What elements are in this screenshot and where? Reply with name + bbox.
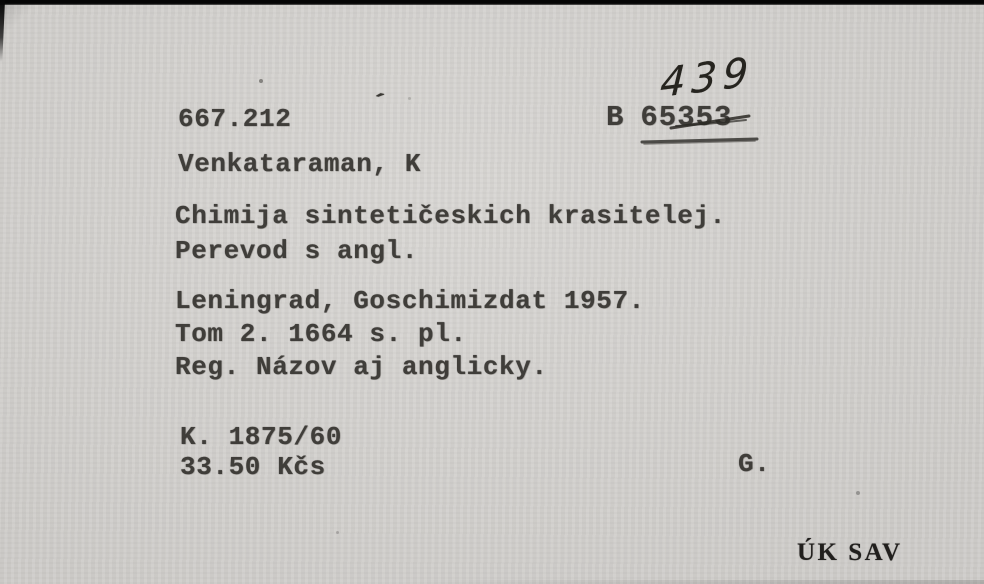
- scan-edge-top: [0, 0, 984, 5]
- imprint-line-1: Leningrad, Goschimizdat 1957.: [175, 288, 645, 314]
- paper-speck: [336, 531, 339, 534]
- stray-mark: ´: [365, 90, 390, 123]
- price: 33.50 Kčs: [180, 454, 326, 480]
- paper-speck: [259, 79, 263, 83]
- scan-edge-bottom: [394, 580, 984, 584]
- author-line: Venkataraman, K: [178, 151, 421, 177]
- title-line-1: Chimija sintetičeskich krasitelej.: [175, 203, 726, 229]
- paper-speck: [856, 491, 860, 495]
- imprint-line-3: Reg. Názov aj anglicky.: [175, 354, 548, 380]
- catalog-card: 667.212 ´ B65353 439 Venkataraman, K Chi…: [0, 0, 984, 584]
- library-stamp: ÚK SAV: [797, 540, 903, 565]
- call-number: 667.212: [178, 106, 291, 132]
- imprint-line-2: Tom 2. 1664 s. pl.: [175, 321, 467, 347]
- accession-number: K. 1875/60: [180, 424, 342, 450]
- cataloguer-initials: G.: [738, 451, 770, 477]
- strikethrough-and-underline-marks: [630, 60, 800, 155]
- title-line-2: Perevod s angl.: [175, 238, 418, 264]
- paper-speck: [408, 97, 411, 100]
- shelfmark-prefix: B: [606, 101, 624, 134]
- scan-corner-shadow: [0, 0, 34, 34]
